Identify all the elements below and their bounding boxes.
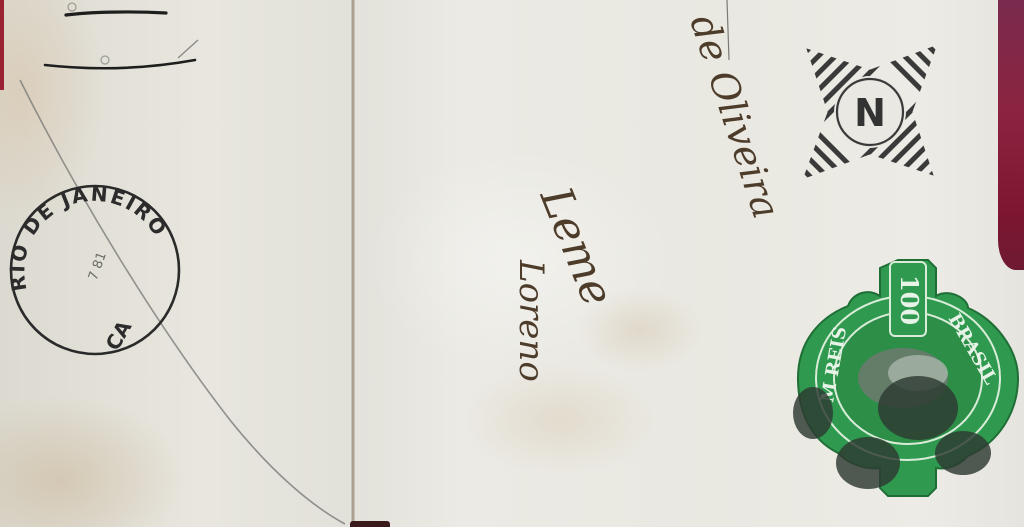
handwriting-line-3: Loreno [511, 259, 551, 382]
handwriting-line-1: de Oliveira [681, 9, 788, 224]
flap-crease [20, 80, 345, 524]
handwritten-address: de Oliveira Leme Loreno [511, 9, 789, 382]
envelope-photo: RIO DE JANEIRO CA 7 81 [0, 0, 1024, 527]
rio-de-janeiro-postmark: RIO DE JANEIRO CA 7 81 [5, 182, 179, 355]
envelope-markings: RIO DE JANEIRO CA 7 81 [0, 0, 1024, 527]
brasil-100-reis-stamp: 100 BRASIL M REIS [793, 260, 1018, 496]
pen-underline-strokes [45, 3, 198, 68]
postmark-date: 7 81 [86, 250, 110, 282]
stamp-value: 100 [895, 275, 924, 325]
postmark-bottom-text: CA [101, 316, 137, 355]
cancel-letter: N [854, 91, 886, 135]
